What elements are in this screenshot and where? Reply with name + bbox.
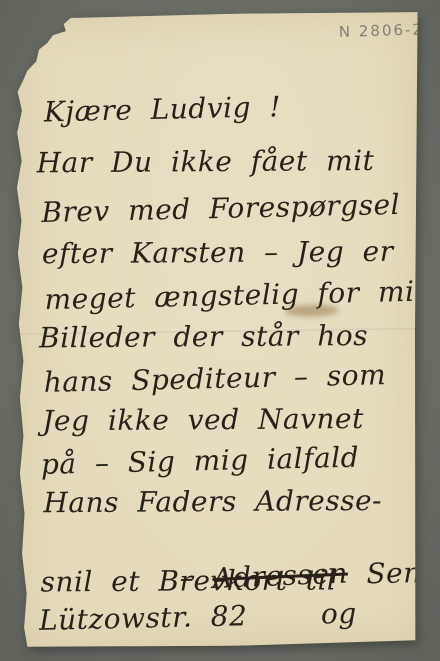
letter-line: på – Sig mig ialfald [40, 441, 359, 482]
paper-shadow: N 2806-2 Kjære Ludvig ! Har Du ikke fået… [0, 0, 440, 661]
letter-line: Brev med Forespørgsel [41, 188, 400, 230]
letter-line: Har Du ikke fået mit [37, 144, 375, 180]
letter-line: snil et Brevkort til [40, 563, 336, 599]
letter-line: Billeder der står hos [39, 319, 368, 355]
letter-line: hans Spediteur – som [43, 358, 386, 400]
letter-body: Kjære Ludvig ! Har Du ikke fået mit Brev… [9, 9, 428, 650]
letter-line: efter Karsten – Jeg er [42, 235, 394, 271]
letter-line: Lützowstr. 82 og [39, 597, 357, 638]
letter-line: Kjære Ludvig ! [44, 90, 282, 129]
letter-paper: N 2806-2 Kjære Ludvig ! Har Du ikke fået… [9, 9, 428, 650]
letter-line: Hans Faders Adresse- [43, 484, 382, 520]
letter-line-rest: Send er Du [348, 553, 440, 591]
letter-line: meget ængstelig for mine [44, 274, 440, 317]
letter-line: Jeg ikke ved Navnet [42, 402, 364, 438]
